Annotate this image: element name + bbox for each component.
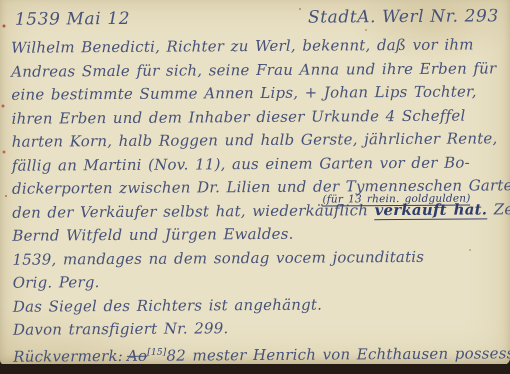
inserted-century: [15] <box>147 347 166 357</box>
manuscript-line-3: eine bestimmte Summe Annen Lips, + Johan… <box>11 80 503 107</box>
archive-card-photo: 1539 Mai 12 StadtA. Werl Nr. 293 Wilhelm… <box>0 0 510 374</box>
manuscript-line-12-seal-note: Das Siegel des Richters ist angehängt. <box>13 292 505 319</box>
manuscript-line-1: Wilhelm Benedicti, Richter zu Werl, beke… <box>11 33 503 60</box>
manuscript-line-10-original-dating: 1539, mandages na dem sondag vocem jocun… <box>12 245 504 272</box>
manuscript-line-5: harten Korn, halb Roggen und halb Gerste… <box>12 127 504 154</box>
sale-clause-pre: den der Verkäufer selbst hat, wiederkäuf… <box>12 201 368 221</box>
index-card: 1539 Mai 12 StadtA. Werl Nr. 293 Wilhelm… <box>0 0 510 365</box>
background-edge <box>0 364 510 374</box>
interlinear-insertion-price: (für 13 rhein. goldgulden) <box>322 193 470 206</box>
manuscript-line-9-witnesses: Bernd Witfeld und Jürgen Ewaldes. <box>12 221 504 248</box>
handwritten-content: 1539 Mai 12 StadtA. Werl Nr. 293 Wilhelm… <box>11 4 505 365</box>
verso-text: mester Henrich von Echthausen possessor <box>192 344 510 364</box>
archive-reference: StadtA. Werl Nr. 293 <box>308 6 499 27</box>
regest-text: Wilhelm Benedicti, Richter zu Werl, beke… <box>11 33 505 365</box>
document-date: 1539 Mai 12 <box>15 9 130 30</box>
manuscript-line-14-verso-note: Rückvermerk:Ao[15]82 mester Henrich von … <box>13 339 505 365</box>
manuscript-line-2: Andreas Smale für sich, seine Frau Anna … <box>11 57 503 84</box>
manuscript-line-8-sale-clause: den der Verkäufer selbst hat, wiederkäuf… <box>12 198 504 225</box>
manuscript-line-13-transfix-note: Davon transfigiert Nr. 299. <box>13 315 505 342</box>
sale-clause-post: Zeugen <box>494 199 510 217</box>
corrected-phrase: (für 13 rhein. goldgulden)verkauft hat. <box>374 200 487 219</box>
manuscript-line-6: fällig an Martini (Nov. 11), aus einem G… <box>12 151 504 178</box>
manuscript-line-11-material: Orig. Perg. <box>13 268 505 295</box>
verso-label: Rückvermerk: <box>13 346 123 365</box>
verso-year: 82 <box>166 346 186 364</box>
struck-out-ao: Ao <box>127 346 147 364</box>
card-header: 1539 Mai 12 StadtA. Werl Nr. 293 <box>11 4 503 29</box>
manuscript-line-4: ihren Erben und dem Inhaber dieser Urkun… <box>11 104 503 131</box>
